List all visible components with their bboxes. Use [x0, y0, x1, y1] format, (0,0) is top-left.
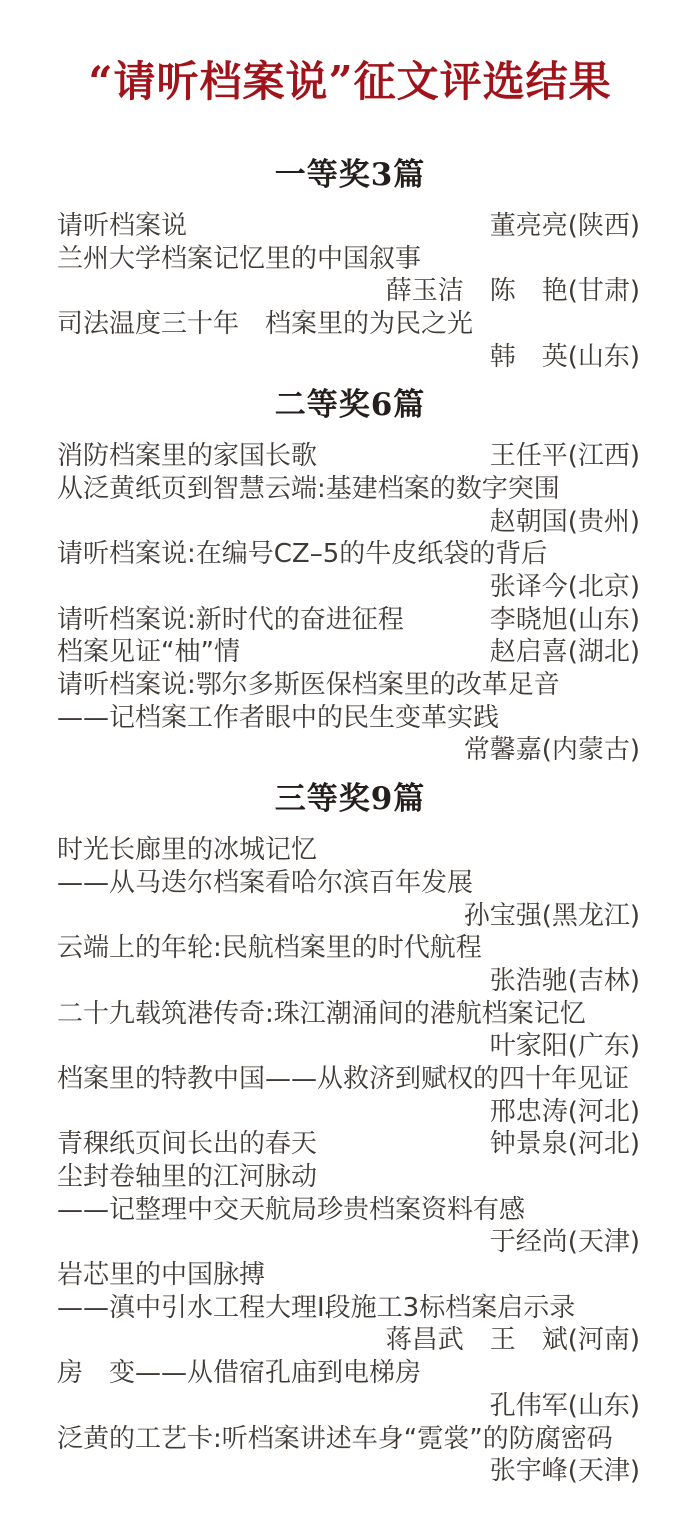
entry-title: 档案见证“柚”情 — [57, 631, 240, 668]
entry-author: 韩 英(山东) — [490, 336, 640, 373]
entry-author: 薛玉洁 陈 艳(甘肃) — [386, 270, 640, 307]
award-section: 一等奖3篇请听档案说董亮亮(陕西)兰州大学档案记忆里的中国叙事薛玉洁 陈 艳(甘… — [0, 156, 700, 370]
entry-title: ——从马迭尔档案看哈尔滨百年发展 — [57, 862, 473, 899]
entry-author: 邢忠涛(河北) — [490, 1091, 640, 1128]
entry-title: 请听档案说:新时代的奋进征程 — [57, 599, 404, 636]
page-title: “请听档案说”征文评选结果 — [0, 56, 700, 108]
entry-title: 云端上的年轮:民航档案里的时代航程 — [57, 927, 482, 964]
entry-title: 消防档案里的家国长歌 — [57, 435, 317, 472]
entry-line: 云端上的年轮:民航档案里的时代航程 — [57, 929, 640, 962]
entry-author: 张浩驰(吉林) — [490, 960, 640, 997]
entry-title: 从泛黄纸页到智慧云端:基建档案的数字突围 — [57, 468, 560, 505]
entry-title: 请听档案说:鄂尔多斯医保档案里的改革足音 — [57, 664, 560, 701]
entry-line: 张译今(北京) — [57, 568, 640, 601]
entry-title: 尘封卷轴里的江河脉动 — [57, 1156, 317, 1193]
award-section: 三等奖9篇时光长廊里的冰城记忆——从马迭尔档案看哈尔滨百年发展孙宝强(黑龙江)云… — [0, 780, 700, 1485]
entry-line: 档案见证“柚”情赵启喜(湖北) — [57, 634, 640, 667]
entry-author: 张译今(北京) — [490, 566, 640, 603]
entry-title: 档案里的特教中国——从救济到赋权的四十年见证 — [57, 1058, 629, 1095]
entry-title: 房 变——从借宿孔庙到电梯房 — [57, 1352, 421, 1389]
entry-lines: 请听档案说董亮亮(陕西)兰州大学档案记忆里的中国叙事薛玉洁 陈 艳(甘肃)司法温… — [0, 207, 700, 370]
entry-title: 时光长廊里的冰城记忆 — [57, 829, 317, 866]
entry-line: 请听档案说:在编号CZ–5的牛皮纸袋的背后 — [57, 536, 640, 569]
entry-title: 岩芯里的中国脉搏 — [57, 1254, 265, 1291]
section-heading: 三等奖9篇 — [0, 780, 700, 818]
entry-line: 孙宝强(黑龙江) — [57, 897, 640, 930]
entry-line: 档案里的特教中国——从救济到赋权的四十年见证 — [57, 1060, 640, 1093]
entry-author: 蒋昌武 王 斌(河南) — [386, 1319, 640, 1356]
entry-author: 赵启喜(湖北) — [490, 631, 640, 668]
entry-title: ——记档案工作者眼中的民生变革实践 — [57, 697, 499, 734]
entry-line: 叶家阳(广东) — [57, 1027, 640, 1060]
entry-author: 董亮亮(陕西) — [490, 205, 640, 242]
entry-line: 蒋昌武 王 斌(河南) — [57, 1322, 640, 1355]
entry-author: 孙宝强(黑龙江) — [464, 895, 640, 932]
entry-title: ——记整理中交天航局珍贵档案资料有感 — [57, 1189, 525, 1226]
award-section: 二等奖6篇消防档案里的家国长歌王任平(江西)从泛黄纸页到智慧云端:基建档案的数字… — [0, 386, 700, 764]
entry-title: ——滇中引水工程大理Ⅰ段施工3标档案启示录 — [57, 1287, 575, 1324]
entry-line: 尘封卷轴里的江河脉动 — [57, 1158, 640, 1191]
entry-line: ——记整理中交天航局珍贵档案资料有感 — [57, 1191, 640, 1224]
entry-line: 请听档案说:鄂尔多斯医保档案里的改革足音 — [57, 666, 640, 699]
entry-title: 请听档案说:在编号CZ–5的牛皮纸袋的背后 — [57, 533, 547, 570]
entry-line: 青稞纸页间长出的春天钟景泉(河北) — [57, 1126, 640, 1159]
entry-line: ——从马迭尔档案看哈尔滨百年发展 — [57, 864, 640, 897]
entry-title: 兰州大学档案记忆里的中国叙事 — [57, 238, 421, 275]
entry-title: 请听档案说 — [57, 205, 187, 242]
entry-line: 司法温度三十年 档案里的为民之光 — [57, 305, 640, 338]
entry-line: 张浩驰(吉林) — [57, 962, 640, 995]
entry-title: 泛黄的工艺卡:听档案讲述车身“霓裳”的防腐密码 — [57, 1418, 613, 1455]
entry-author: 张宇峰(天津) — [490, 1450, 640, 1487]
entry-author: 赵朝国(贵州) — [490, 501, 640, 538]
entry-line: 薛玉洁 陈 艳(甘肃) — [57, 272, 640, 305]
entry-author: 李晓旭(山东) — [490, 599, 640, 636]
entry-lines: 时光长廊里的冰城记忆——从马迭尔档案看哈尔滨百年发展孙宝强(黑龙江)云端上的年轮… — [0, 831, 700, 1485]
entry-title: 青稞纸页间长出的春天 — [57, 1123, 317, 1160]
entry-line: ——记档案工作者眼中的民生变革实践 — [57, 699, 640, 732]
entry-author: 孔伟军(山东) — [490, 1385, 640, 1422]
entry-line: 房 变——从借宿孔庙到电梯房 — [57, 1354, 640, 1387]
entry-line: 请听档案说:新时代的奋进征程李晓旭(山东) — [57, 601, 640, 634]
entry-line: 请听档案说董亮亮(陕西) — [57, 207, 640, 240]
entry-line: 张宇峰(天津) — [57, 1452, 640, 1485]
award-list: 一等奖3篇请听档案说董亮亮(陕西)兰州大学档案记忆里的中国叙事薛玉洁 陈 艳(甘… — [0, 156, 700, 1485]
entry-title: 司法温度三十年 档案里的为民之光 — [57, 303, 473, 340]
entry-author: 钟景泉(河北) — [490, 1123, 640, 1160]
entry-line: 二十九载筑港传奇:珠江潮涌间的港航档案记忆 — [57, 995, 640, 1028]
entry-author: 叶家阳(广东) — [490, 1025, 640, 1062]
entry-author: 王任平(江西) — [490, 435, 640, 472]
entry-line: 邢忠涛(河北) — [57, 1093, 640, 1126]
entry-title: 二十九载筑港传奇:珠江潮涌间的港航档案记忆 — [57, 993, 586, 1030]
entry-line: 韩 英(山东) — [57, 338, 640, 371]
entry-line: 常馨嘉(内蒙古) — [57, 732, 640, 765]
entry-line: 时光长廊里的冰城记忆 — [57, 831, 640, 864]
entry-line: 泛黄的工艺卡:听档案讲述车身“霓裳”的防腐密码 — [57, 1420, 640, 1453]
entry-author: 于经尚(天津) — [490, 1221, 640, 1258]
entry-line: 岩芯里的中国脉搏 — [57, 1256, 640, 1289]
entry-line: 孔伟军(山东) — [57, 1387, 640, 1420]
entry-line: 赵朝国(贵州) — [57, 503, 640, 536]
entry-line: 兰州大学档案记忆里的中国叙事 — [57, 240, 640, 273]
entry-line: 从泛黄纸页到智慧云端:基建档案的数字突围 — [57, 470, 640, 503]
entry-line: ——滇中引水工程大理Ⅰ段施工3标档案启示录 — [57, 1289, 640, 1322]
section-heading: 一等奖3篇 — [0, 156, 700, 194]
entry-lines: 消防档案里的家国长歌王任平(江西)从泛黄纸页到智慧云端:基建档案的数字突围赵朝国… — [0, 437, 700, 764]
section-heading: 二等奖6篇 — [0, 386, 700, 424]
entry-author: 常馨嘉(内蒙古) — [464, 729, 640, 766]
entry-line: 消防档案里的家国长歌王任平(江西) — [57, 437, 640, 470]
entry-line: 于经尚(天津) — [57, 1224, 640, 1257]
